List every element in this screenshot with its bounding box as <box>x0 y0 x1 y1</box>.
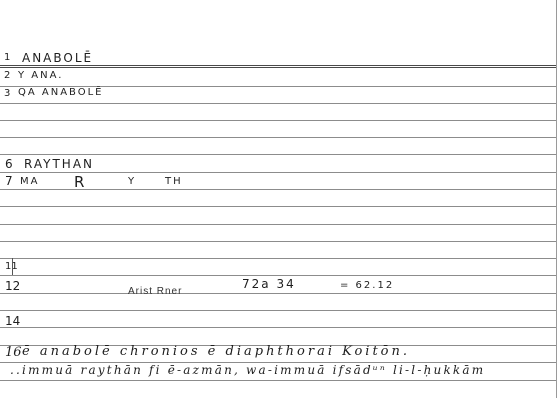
transliteration-arabic: ..immuā raythān fi ē-azmān, wa-immuā ifs… <box>10 363 485 377</box>
entry-text: Y ANA. <box>18 70 63 81</box>
transliteration-greek: ē anabolē chronios ē diaphthorai Koitōn. <box>22 344 410 359</box>
ruled-line <box>0 120 556 121</box>
ruled-line <box>0 258 556 259</box>
ruled-line <box>0 67 556 68</box>
ruled-line <box>0 103 556 104</box>
index-card: 1 ANABOLĒ 2 Y ANA. 3 QA ANABOLĒ 6 RAYTHA… <box>0 0 557 398</box>
line-number: 2 <box>4 70 12 81</box>
line-number: 3 <box>4 88 12 99</box>
ruled-line <box>0 327 556 328</box>
ruled-line <box>0 137 556 138</box>
equivalence: = 62.12 <box>340 280 394 291</box>
ruled-line <box>0 154 556 155</box>
ruled-line <box>0 310 556 311</box>
ruled-line <box>0 65 556 66</box>
entry-col: R <box>74 173 86 191</box>
reference: 72a 34 <box>242 277 296 291</box>
ruled-line <box>0 241 556 242</box>
ruled-line <box>0 224 556 225</box>
typed-source: Arist Rner <box>128 286 182 297</box>
line-number: 6 <box>5 157 15 171</box>
line-number: 12 <box>5 279 20 293</box>
line-number: 7 <box>5 174 15 188</box>
entry-text: MA <box>20 176 39 187</box>
entry-col: Y <box>128 176 136 187</box>
ruled-line <box>0 380 556 381</box>
entry-col: TH <box>165 176 183 187</box>
ruled-line <box>0 206 556 207</box>
margin-mark <box>12 258 13 275</box>
entry-text: ANABOLĒ <box>22 51 93 65</box>
entry-text: QA ANABOLĒ <box>18 87 104 98</box>
ruled-line <box>0 293 556 294</box>
ruled-line <box>0 275 556 276</box>
entry-text: RAYTHAN <box>24 157 94 171</box>
line-number: 1 <box>4 52 12 63</box>
line-number: 16 <box>5 345 22 360</box>
line-number: 14 <box>5 314 20 328</box>
